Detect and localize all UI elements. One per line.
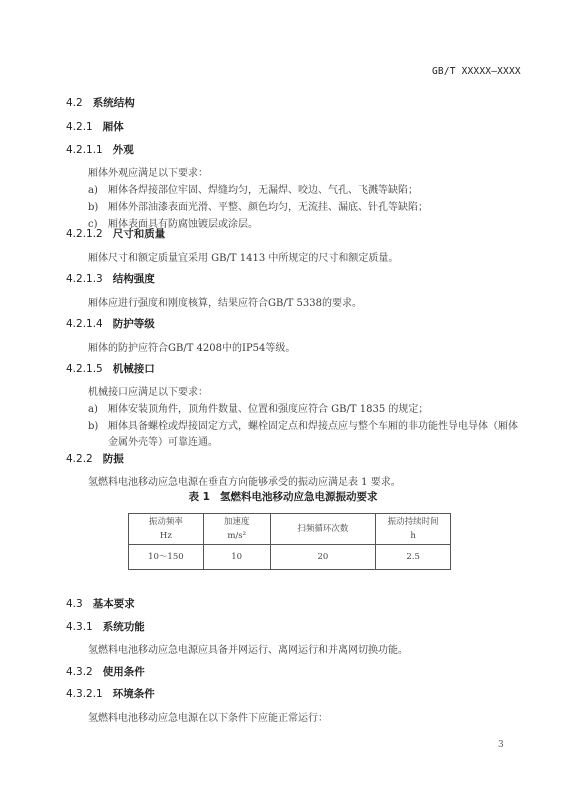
page-number: 3 — [498, 740, 504, 750]
heading-4-2-1-4: 4.2.1.4防护等级 — [66, 316, 155, 331]
paragraph: 厢体应进行强度和刚度核算，结果应符合GB/T 5338的要求。 — [88, 294, 362, 309]
heading-4-3-1: 4.3.1系统功能 — [66, 619, 145, 634]
table-header-cell: 加速度 m/s² — [203, 514, 270, 545]
table-caption: 表 1氢燃料电池移动应急电源振动要求 — [0, 489, 566, 504]
header-label: 加速度 — [204, 515, 270, 529]
list-text: 厢体外部油漆表面光滑、平整、颜色均匀，无流挂、漏底、针孔等缺陷； — [108, 202, 428, 213]
list-item-continuation: 金属外壳等）可靠连通。 — [108, 433, 218, 448]
heading-number: 4.2.1.2 — [66, 228, 103, 240]
table-row: 10～150 10 20 2.5 — [129, 545, 451, 570]
header-unit: Hz — [129, 529, 203, 543]
heading-title: 基本要求 — [93, 598, 135, 610]
list-item: a)厢体安装顶角件，顶角件数量、位置和强度应符合 GB/T 1835 的规定； — [88, 400, 428, 415]
heading-number: 4.2.1.1 — [66, 144, 103, 156]
list-marker: b) — [88, 421, 108, 432]
paragraph: 机械接口应满足以下要求： — [88, 383, 208, 398]
paragraph: 厢体的防护应符合GB/T 4208中的IP54等级。 — [88, 339, 295, 354]
paragraph: 氢燃料电池移动应急电源应具备并网运行、离网运行和并离网切换功能。 — [88, 641, 408, 656]
heading-4-2: 4.2系统结构 — [66, 95, 135, 110]
heading-title: 环境条件 — [113, 688, 155, 700]
heading-4-3: 4.3基本要求 — [66, 596, 135, 611]
heading-number: 4.2.1.4 — [66, 318, 103, 330]
table-cell: 2.5 — [376, 545, 451, 570]
heading-number: 4.3.2 — [66, 666, 93, 678]
heading-4-3-2: 4.3.2使用条件 — [66, 664, 145, 679]
heading-title: 尺寸和质量 — [113, 228, 166, 240]
heading-number: 4.2.1.3 — [66, 273, 103, 285]
paragraph: 厢体外观应满足以下要求： — [88, 164, 208, 179]
heading-number: 4.2.1 — [66, 121, 93, 133]
list-text: 厢体各焊接部位牢固、焊缝均匀，无漏焊、咬边、气孔、飞溅等缺陷； — [108, 185, 418, 196]
heading-title: 厢体 — [103, 121, 124, 133]
heading-4-2-2: 4.2.2防振 — [66, 451, 124, 466]
heading-4-2-1: 4.2.1厢体 — [66, 119, 124, 134]
heading-title: 系统功能 — [103, 621, 145, 633]
heading-title: 外观 — [113, 144, 134, 156]
header-label: 扫频循环次数 — [271, 522, 376, 536]
list-marker: b) — [88, 202, 108, 213]
document-id: GB/T XXXXX—XXXX — [432, 66, 521, 77]
heading-number: 4.2 — [66, 97, 83, 109]
heading-title: 防护等级 — [113, 318, 155, 330]
table-cell: 10 — [203, 545, 270, 570]
list-text: 厢体安装顶角件，顶角件数量、位置和强度应符合 GB/T 1835 的规定； — [108, 404, 428, 415]
heading-title: 机械接口 — [113, 363, 155, 375]
header-unit: h — [376, 529, 450, 543]
header-label: 振动持续时间 — [376, 515, 450, 529]
paragraph: 氢燃料电池移动应急电源在垂直方向能够承受的振动应满足表 1 要求。 — [88, 473, 401, 488]
heading-4-2-1-3: 4.2.1.3结构强度 — [66, 271, 155, 286]
header-unit: m/s² — [204, 529, 270, 543]
list-item: a)厢体各焊接部位牢固、焊缝均匀，无漏焊、咬边、气孔、飞溅等缺陷； — [88, 181, 418, 196]
list-marker: a) — [88, 185, 108, 196]
heading-title: 系统结构 — [93, 97, 135, 109]
heading-title: 防振 — [103, 453, 124, 465]
table-header-cell: 扫频循环次数 — [270, 514, 376, 545]
heading-number: 4.3 — [66, 598, 83, 610]
heading-number: 4.2.2 — [66, 453, 93, 465]
heading-4-2-1-1: 4.2.1.1外观 — [66, 142, 134, 157]
table-number: 表 1 — [189, 491, 210, 503]
table-header-row: 振动频率 Hz 加速度 m/s² 扫频循环次数 振动持续时间 h — [129, 514, 451, 545]
heading-number: 4.3.2.1 — [66, 688, 103, 700]
heading-number: 4.3.1 — [66, 621, 93, 633]
heading-title: 结构强度 — [113, 273, 155, 285]
table-header-cell: 振动频率 Hz — [129, 514, 204, 545]
list-marker: a) — [88, 404, 108, 415]
heading-4-2-1-5: 4.2.1.5机械接口 — [66, 361, 155, 376]
heading-number: 4.2.1.5 — [66, 363, 103, 375]
list-item: b)厢体具备螺栓或焊接固定方式，螺栓固定点和焊接点应与整个车厢的非功能性导电导体… — [88, 417, 518, 432]
list-item: b)厢体外部油漆表面光滑、平整、颜色均匀，无流挂、漏底、针孔等缺陷； — [88, 198, 428, 213]
table-cell: 10～150 — [129, 545, 204, 570]
paragraph: 厢体尺寸和额定质量宜采用 GB/T 1413 中所规定的尺寸和额定质量。 — [88, 249, 398, 264]
heading-title: 使用条件 — [103, 666, 145, 678]
vibration-requirements-table: 振动频率 Hz 加速度 m/s² 扫频循环次数 振动持续时间 h 10～150 … — [128, 513, 451, 570]
table-header-cell: 振动持续时间 h — [376, 514, 451, 545]
header-label: 振动频率 — [129, 515, 203, 529]
table-cell: 20 — [270, 545, 376, 570]
list-text: 厢体具备螺栓或焊接固定方式，螺栓固定点和焊接点应与整个车厢的非功能性导电导体（厢… — [108, 421, 518, 432]
heading-4-2-1-2: 4.2.1.2尺寸和质量 — [66, 226, 165, 241]
table-title: 氢燃料电池移动应急电源振动要求 — [220, 491, 378, 503]
paragraph: 氢燃料电池移动应急电源在以下条件下应能正常运行： — [88, 709, 328, 724]
heading-4-3-2-1: 4.3.2.1环境条件 — [66, 686, 155, 701]
